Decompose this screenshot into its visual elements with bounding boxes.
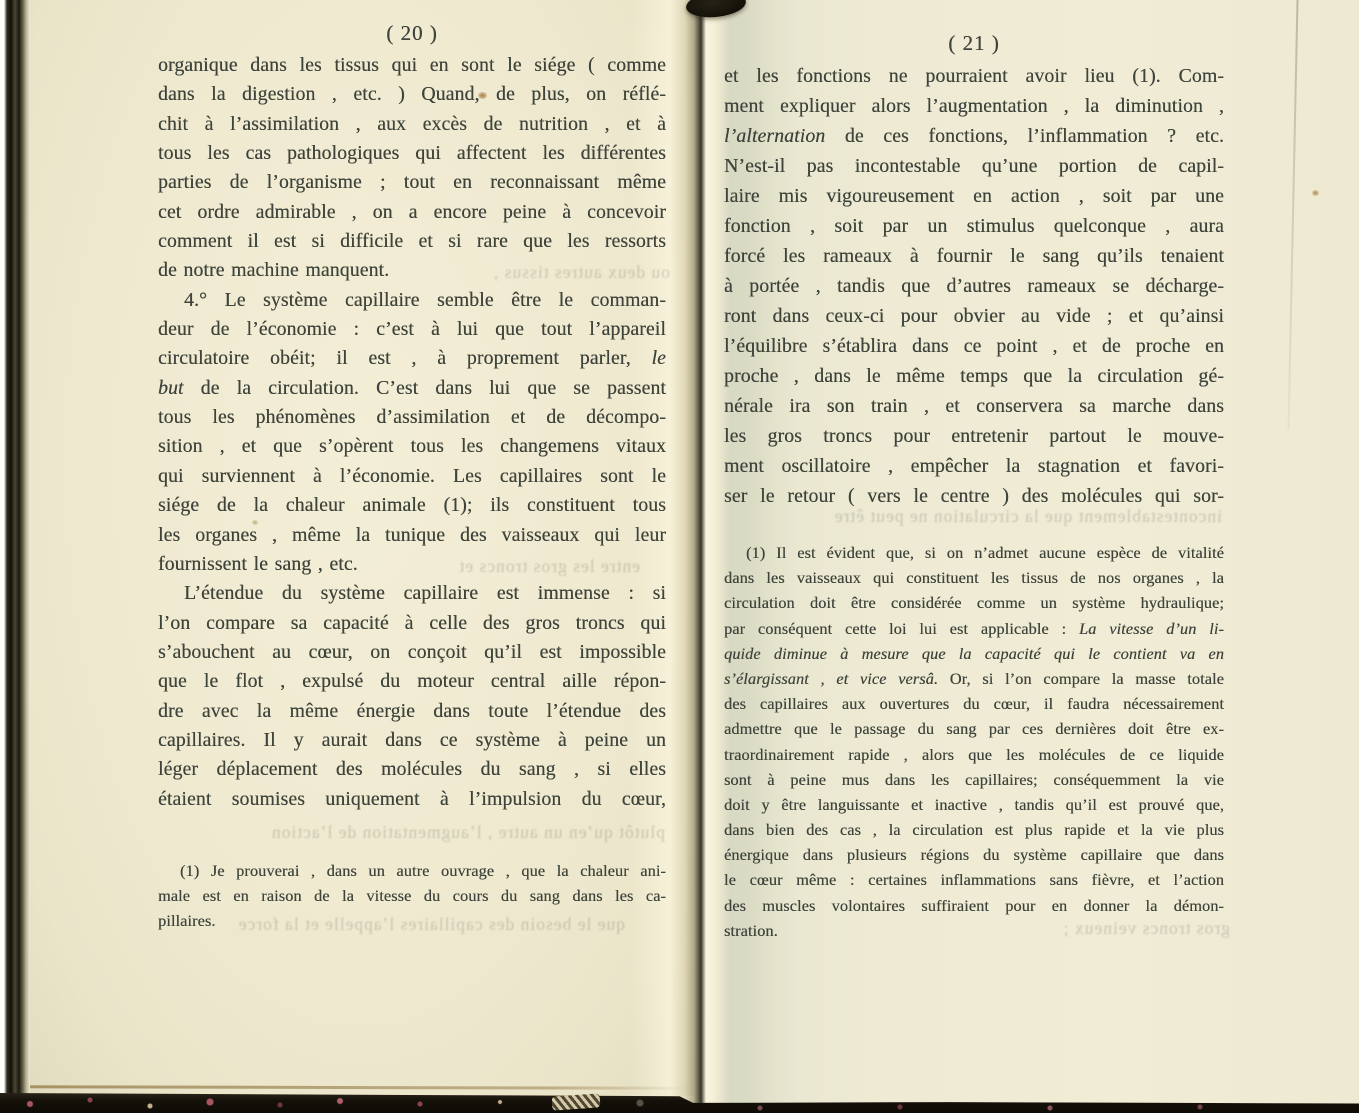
text-line: s’élargissant , et vice versâ. Or, si l’… — [724, 666, 1224, 691]
text-line: 4.° Le système capillaire semble être le… — [158, 286, 666, 315]
text-line: dans la digestion , etc. ) Quand, de plu… — [158, 80, 666, 109]
text-line: (1) Il est évident que, si on n’admet au… — [724, 540, 1224, 565]
text-line: le cœur même : certaines inflammations s… — [724, 867, 1224, 892]
text-line: l’équilibre s’établira dans ce point , e… — [724, 331, 1224, 361]
text-line: organique dans les tissus qui en sont le… — [158, 51, 666, 80]
text-line: dans les vaisseaux qui constituent les t… — [724, 565, 1224, 590]
text-line: comment il est si difficile et si rare q… — [158, 227, 666, 256]
text-line: doit y être languissante et inactive , t… — [724, 792, 1224, 817]
paper-stain — [1312, 190, 1319, 196]
text-line: de notre machine manquent. — [158, 256, 666, 285]
text-line: deur de l’économie : c’est à lui que tou… — [158, 315, 666, 344]
text-line: (1) Je prouverai , dans un autre ouvrage… — [158, 858, 666, 883]
text-line: tous les phénomènes d’assimilation et de… — [158, 403, 666, 432]
text-line: circulatoire obéit; il est , à propremen… — [158, 344, 666, 373]
text-line: l’alternation de ces fonctions, l’inflam… — [724, 121, 1224, 151]
text-line: les gros troncs pour entretenir partout … — [724, 421, 1224, 451]
text-line: énergique dans plusieurs régions du syst… — [724, 842, 1224, 867]
text-line: stration. — [724, 918, 1224, 943]
text-line: pillaires. — [158, 908, 666, 933]
text-line: des capillaires aux ouvertures du cœur, … — [724, 691, 1224, 716]
text-line: ser le retour ( vers le centre ) des mol… — [724, 481, 1224, 511]
text-line: l’on compare sa capacité à celle des gro… — [158, 609, 666, 638]
text-line: cet ordre admirable , on a encore peine … — [158, 198, 666, 227]
text-line: parties de l’organisme ; tout en reconna… — [158, 168, 666, 197]
text-line: circulation doit être considérée comme u… — [724, 590, 1224, 615]
text-line: étaient soumises uniquement à l’impulsio… — [158, 785, 666, 814]
text-line: laire mis vigoureusement en action , soi… — [724, 181, 1224, 211]
right-page-body: et les fonctions ne pourraient avoir lie… — [724, 61, 1224, 511]
text-line: et les fonctions ne pourraient avoir lie… — [724, 61, 1224, 91]
text-line: sition , et que s’opèrent tous les chang… — [158, 432, 666, 461]
text-line: N’est-il pas incontestable qu’une portio… — [724, 151, 1224, 181]
text-line: s’abouchent au cœur, on conçoit qu’il es… — [158, 638, 666, 667]
book-cover-edge — [0, 0, 30, 1113]
book-scan: ou deux autres tissus , entre les gros t… — [0, 0, 1359, 1113]
text-line: male est en raison de la vitesse du cour… — [158, 883, 666, 908]
text-line: traordinairement rapide , alors que les … — [724, 742, 1224, 767]
left-page-body: organique dans les tissus qui en sont le… — [158, 51, 666, 814]
text-line: nérale ira son train , et conservera sa … — [724, 391, 1224, 421]
text-line: but de la circulation. C’est dans lui qu… — [158, 374, 666, 403]
left-page-content: ( 20 ) organique dans les tissus qui en … — [158, 20, 666, 933]
text-line: tous les cas pathologiques qui affectent… — [158, 139, 666, 168]
text-line: forcé les rameaux à fournir le sang qu’i… — [724, 241, 1224, 271]
text-line: que le flot , expulsé du moteur central … — [158, 667, 666, 696]
text-line: fournissent le sang , etc. — [158, 550, 666, 579]
text-line: sont à peine mus dans les capillaires; c… — [724, 767, 1224, 792]
right-page-content: ( 21 ) et les fonctions ne pourraient av… — [724, 30, 1224, 943]
text-line: ment oscillatoire , empêcher la stagnati… — [724, 451, 1224, 481]
left-page-footnote: (1) Je prouverai , dans un autre ouvrage… — [158, 858, 666, 933]
text-line: siége de la chaleur animale (1); ils con… — [158, 491, 666, 520]
text-line: les organes , même la tunique des vaisse… — [158, 521, 666, 550]
text-line: admettre que le passage du sang par ces … — [724, 716, 1224, 741]
text-line: dans bien des cas , la circulation est p… — [724, 817, 1224, 842]
text-line: proche , dans le même temps que la circu… — [724, 361, 1224, 391]
right-page-number: ( 21 ) — [724, 30, 1224, 57]
right-page-footnote: (1) Il est évident que, si on n’admet au… — [724, 540, 1224, 943]
text-line: dre avec la même énergie dans toute l’ét… — [158, 697, 666, 726]
text-line: ment expliquer alors l’augmentation , la… — [724, 91, 1224, 121]
text-line: chit à l’assimilation , aux excès de nut… — [158, 110, 666, 139]
text-line: capillaires. Il y aurait dans ce système… — [158, 726, 666, 755]
text-line: des muscles volontaires suffiraient pour… — [724, 893, 1224, 918]
text-line: par conséquent cette loi lui est applica… — [724, 616, 1224, 641]
text-line: à portée , tandis que d’autres rameaux s… — [724, 271, 1224, 301]
text-line: fonction , soit par un stimulus quelconq… — [724, 211, 1224, 241]
text-line: L’étendue du système capillaire est imme… — [158, 579, 666, 608]
left-page-number: ( 20 ) — [158, 20, 666, 47]
text-line: ront dans ceux-ci pour obvier au vide ; … — [724, 301, 1224, 331]
text-line: léger déplacement des molécules du sang … — [158, 755, 666, 784]
text-line: quide diminue à mesure que la capacité q… — [724, 641, 1224, 666]
text-line: qui surviennent à l’économie. Les capill… — [158, 462, 666, 491]
